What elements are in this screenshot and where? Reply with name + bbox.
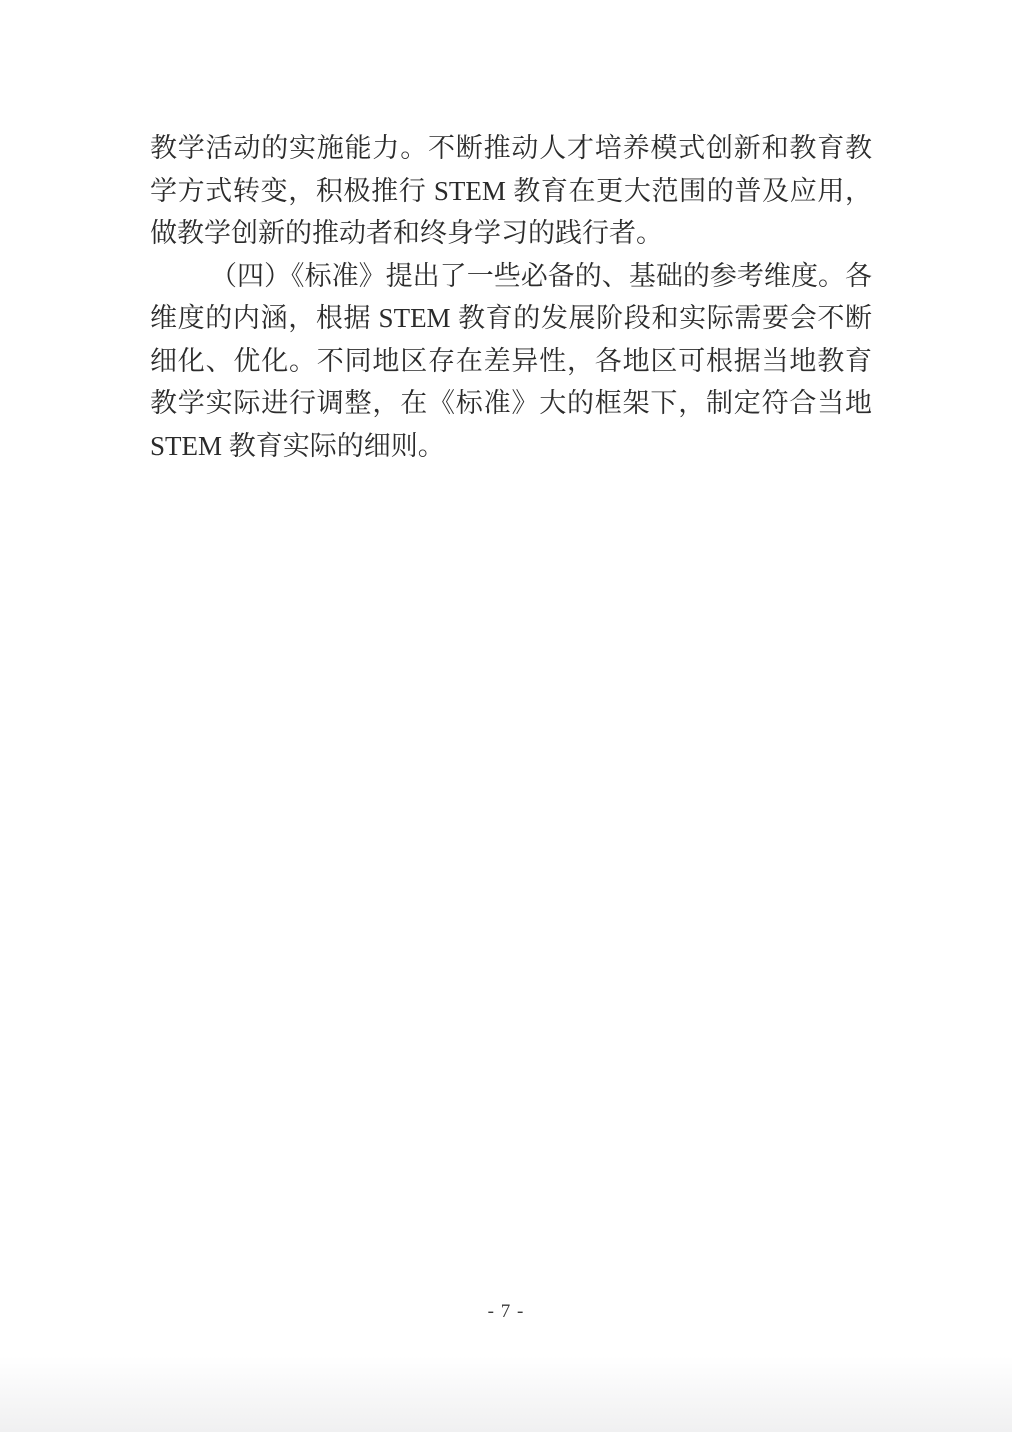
page-number: - 7 -: [0, 1301, 1012, 1323]
paragraph-2-line-1: （四）《标准》提出了一些必备的、基础的参考维度。各: [150, 255, 872, 298]
paragraph-2-line-2: 维度的内涵，根据 STEM 教育的发展阶段和实际需要会不断: [150, 297, 872, 340]
paragraph-1-line-1: 教学活动的实施能力。不断推动人才培养模式创新和教育教: [150, 127, 872, 170]
paragraph-2-line-5: STEM 教育实际的细则。: [150, 425, 872, 468]
paragraph-1-line-3: 做教学创新的推动者和终身学习的践行者。: [150, 212, 872, 255]
paragraph-2-line-4: 教学实际进行调整，在《标准》大的框架下，制定符合当地: [150, 382, 872, 425]
paragraph-1-line-2: 学方式转变，积极推行 STEM 教育在更大范围的普及应用，: [150, 170, 872, 213]
paragraph-2-line-3: 细化、优化。不同地区存在差异性，各地区可根据当地教育: [150, 340, 872, 383]
document-page: 教学活动的实施能力。不断推动人才培养模式创新和教育教 学方式转变，积极推行 ST…: [0, 0, 1012, 1432]
page-bottom-fade: [0, 1356, 1012, 1432]
body-text-block: 教学活动的实施能力。不断推动人才培养模式创新和教育教 学方式转变，积极推行 ST…: [150, 127, 872, 467]
